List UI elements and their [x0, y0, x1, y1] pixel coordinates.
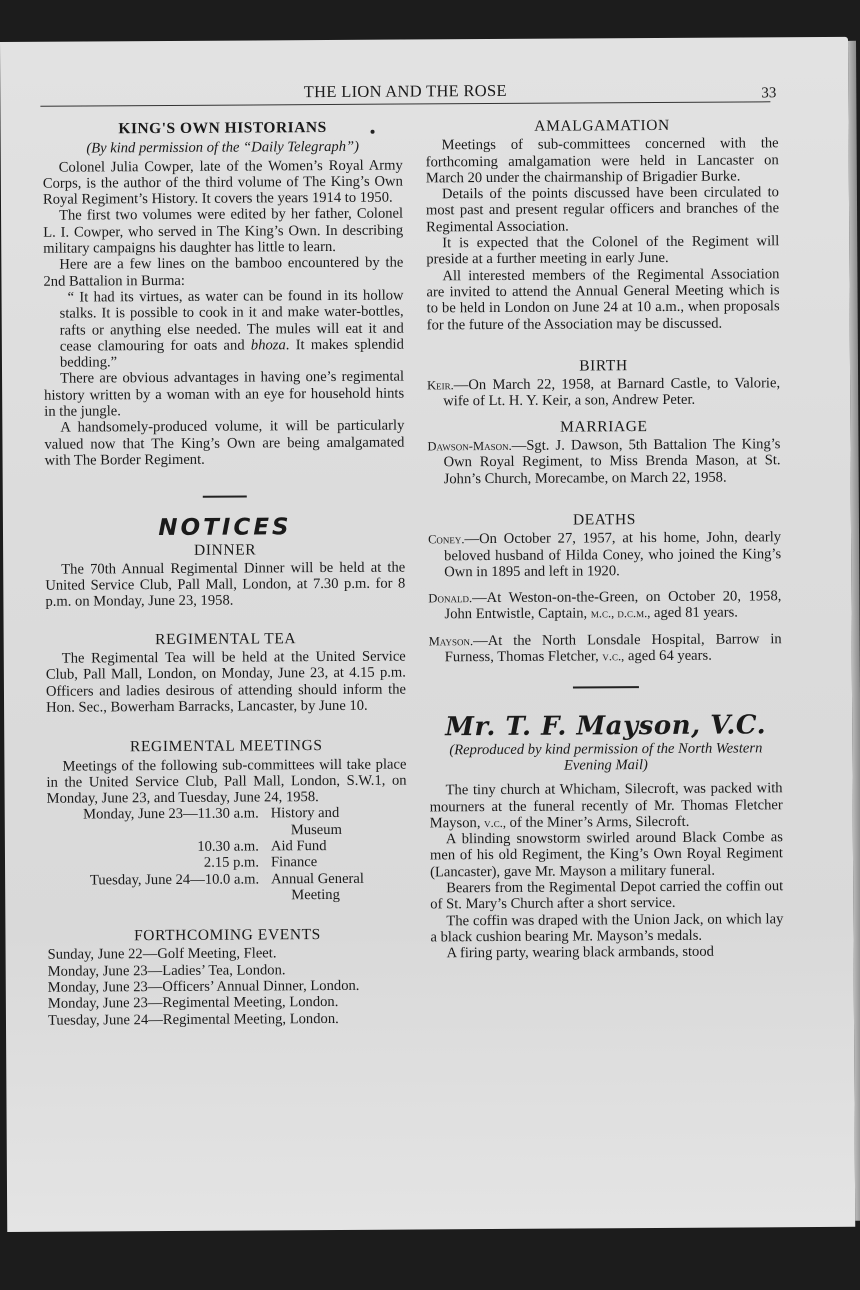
article-credit: (By kind permission of the “Daily Telegr…: [43, 139, 403, 157]
article-heading: Mr. T. F. Mayson, V.C.: [429, 718, 782, 736]
paragraph: Meetings of the following sub-committees…: [46, 756, 406, 807]
event-item: Tuesday, June 24—Regimental Meeting, Lon…: [48, 1010, 408, 1028]
publication-title: THE LION AND THE ROSE: [40, 79, 770, 103]
forthcoming-events: FORTHCOMING EVENTS Sunday, June 22—Golf …: [47, 927, 408, 1029]
death-entry: Coney.—On October 27, 1957, at his home,…: [428, 529, 781, 580]
article-credit: (Reproduced by kind permission of the No…: [429, 740, 782, 775]
paragraph: Meetings of sub-committees concerned wit…: [426, 136, 779, 187]
notice-regimental-meetings: REGIMENTAL MEETINGS Meetings of the foll…: [46, 738, 407, 905]
section-heading: DEATHS: [428, 511, 781, 529]
marriage-entry: Dawson-Mason.—Sgt. J. Dawson, 5th Battal…: [427, 436, 780, 487]
schedule-time: Monday, June 23—11.30 a.m.: [47, 806, 271, 840]
article-heading: KING'S OWN HISTORIANS: [42, 120, 402, 138]
paragraph: It is expected that the Colonel of the R…: [426, 233, 779, 268]
paragraph: The first two volumes were edited by her…: [43, 206, 403, 257]
announcement-deaths: DEATHS Coney.—On October 27, 1957, at hi…: [428, 511, 782, 666]
paragraph: Bearers from the Regimental Depot carrie…: [430, 878, 783, 913]
paragraph: A handsomely-produced volume, it will be…: [44, 418, 404, 469]
schedule-row: Tuesday, June 24—10.0 a.m. Annual Genera…: [47, 870, 407, 905]
notice-regimental-tea: REGIMENTAL TEA The Regimental Tea will b…: [46, 630, 407, 716]
paragraph: The Regimental Tea will be held at the U…: [46, 649, 406, 716]
death-entry: Donald.—At Weston-on-the-Green, on Octob…: [428, 588, 781, 623]
decoration-vc: v.c.,: [484, 816, 506, 830]
entry-text-tail: aged 81 years.: [650, 605, 738, 622]
section-heading: REGIMENTAL MEETINGS: [46, 738, 406, 756]
entry-surname: Keir.: [427, 378, 454, 392]
entry-text-tail: aged 64 years.: [624, 648, 712, 665]
birth-entry: Keir.—On March 22, 1958, at Barnard Cast…: [427, 375, 780, 410]
entry-surname: Donald.: [428, 591, 472, 605]
right-column: AMALGAMATION Meetings of sub-committees …: [425, 117, 783, 962]
section-heading: BIRTH: [427, 357, 780, 375]
paragraph: The coffin was draped with the Union Jac…: [430, 911, 783, 946]
paragraph: Colonel Julia Cowper, late of the Women’…: [43, 157, 403, 208]
death-entry: Mayson.—At the North Lonsdale Hospital, …: [429, 631, 782, 666]
article-kings-own-historians: KING'S OWN HISTORIANS (By kind permissio…: [42, 120, 404, 469]
entry-decorations: m.c., d.c.m.,: [591, 606, 651, 620]
schedule-time: Tuesday, June 24—10.0 a.m.: [47, 871, 271, 905]
section-heading: FORTHCOMING EVENTS: [47, 927, 407, 945]
paragraph: A firing party, wearing black armbands, …: [431, 943, 784, 961]
running-header: THE LION AND THE ROSE 33: [40, 77, 770, 106]
notices-title: NOTICES: [45, 519, 405, 537]
quote-italic-word: bhoza: [251, 337, 286, 353]
entry-surname: Dawson-Mason.: [427, 439, 511, 454]
schedule-committee-cont: Meeting: [271, 886, 407, 903]
schedule-committee: Finance: [271, 854, 317, 870]
stray-ink-dot: [371, 130, 375, 134]
magazine-page: THE LION AND THE ROSE 33 KING'S OWN HIST…: [0, 37, 855, 1232]
entry-surname: Coney.: [428, 532, 465, 546]
section-heading: MARRIAGE: [427, 418, 780, 436]
schedule-row: Monday, June 23—11.30 a.m. History andMu…: [47, 805, 407, 840]
block-quote: “ It had its virtues, as water can be fo…: [60, 288, 404, 372]
schedule-committee: Aid Fund: [271, 838, 327, 854]
paragraph: A blinding snowstorm swirled around Blac…: [430, 829, 783, 880]
article-heading: AMALGAMATION: [425, 117, 778, 135]
article-amalgamation: AMALGAMATION Meetings of sub-committees …: [425, 117, 779, 333]
paragraph: Here are a few lines on the bamboo encou…: [43, 255, 403, 290]
schedule-committee-cont: Museum: [271, 821, 407, 838]
entry-text: —On October 27, 1957, at his home, John,…: [444, 529, 781, 580]
paragraph: Details of the points discussed have bee…: [426, 184, 779, 235]
announcement-marriage: MARRIAGE Dawson-Mason.—Sgt. J. Dawson, 5…: [427, 418, 780, 487]
meeting-schedule: Monday, June 23—11.30 a.m. History andMu…: [47, 805, 408, 905]
section-heading: DINNER: [45, 541, 405, 559]
entry-text: —On March 22, 1958, at Barnard Castle, t…: [443, 375, 780, 409]
entry-surname: Mayson.: [429, 634, 474, 648]
paragraph: There are obvious advantages in having o…: [44, 369, 404, 420]
paragraph: The 70th Annual Regimental Dinner will b…: [45, 559, 405, 610]
article-mayson: Mr. T. F. Mayson, V.C. (Reproduced by ki…: [429, 718, 783, 962]
schedule-time: 10.30 a.m.: [47, 838, 271, 856]
schedule-committee: History and: [271, 805, 340, 821]
notice-dinner: DINNER The 70th Annual Regimental Dinner…: [45, 541, 405, 610]
page-number: 33: [761, 85, 776, 102]
announcement-birth: BIRTH Keir.—On March 22, 1958, at Barnar…: [427, 357, 780, 410]
event-item: Monday, June 23—Officers’ Annual Dinner,…: [48, 978, 408, 996]
schedule-time: 2.15 p.m.: [47, 855, 271, 873]
entry-decorations: v.c.,: [602, 649, 624, 663]
paragraph-end: of the Miner’s Arms, Silecroft.: [506, 814, 689, 831]
section-heading: REGIMENTAL TEA: [46, 630, 406, 648]
schedule-committee: Annual General: [271, 870, 364, 887]
left-column: KING'S OWN HISTORIANS (By kind permissio…: [42, 120, 408, 1029]
paragraph: All interested members of the Regimental…: [426, 266, 779, 333]
